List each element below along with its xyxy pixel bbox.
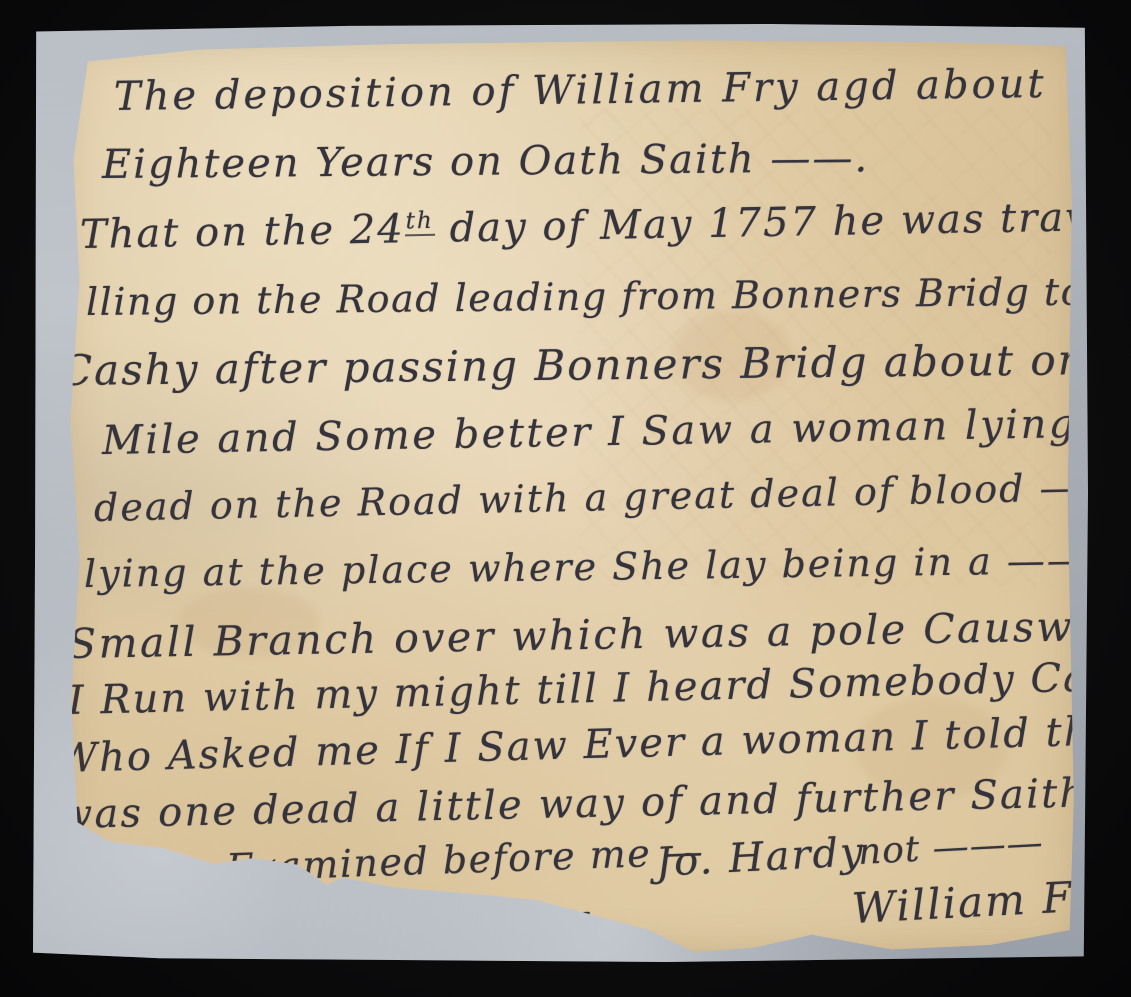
manuscript-line: The deposition of William Fry agd about [114, 61, 1047, 120]
photo-background: The deposition of William Fry agd about … [0, 0, 1131, 997]
manuscript-line: lying at the place where She lay being i… [84, 538, 1087, 596]
date-line-post: day of May 1757 he was trave [435, 194, 1116, 252]
date-ordinal-superscript: th [404, 206, 435, 236]
manuscript-line-date: That on the 24th day of May 1757 he was … [80, 194, 1116, 258]
manuscript-paper: The deposition of William Fry agd about … [56, 34, 1082, 956]
manuscript-line: dead on the Road with a great deal of bl… [94, 465, 1120, 530]
saith-not-text: not ——— [857, 822, 1045, 873]
manuscript-line: Eighteen Years on Oath Saith ——. [102, 135, 869, 188]
coroner-signature: Jo. Hardy [655, 829, 866, 886]
manuscript-line: Cashy after passing Bonners Bridg about … [60, 335, 1114, 395]
manuscript-line: Mile and Some better I Saw a woman lying [102, 401, 1078, 464]
date-line-pre: That on the 24 [80, 206, 406, 258]
manuscript-line: lling on the Road leading from Bonners B… [86, 270, 1086, 324]
